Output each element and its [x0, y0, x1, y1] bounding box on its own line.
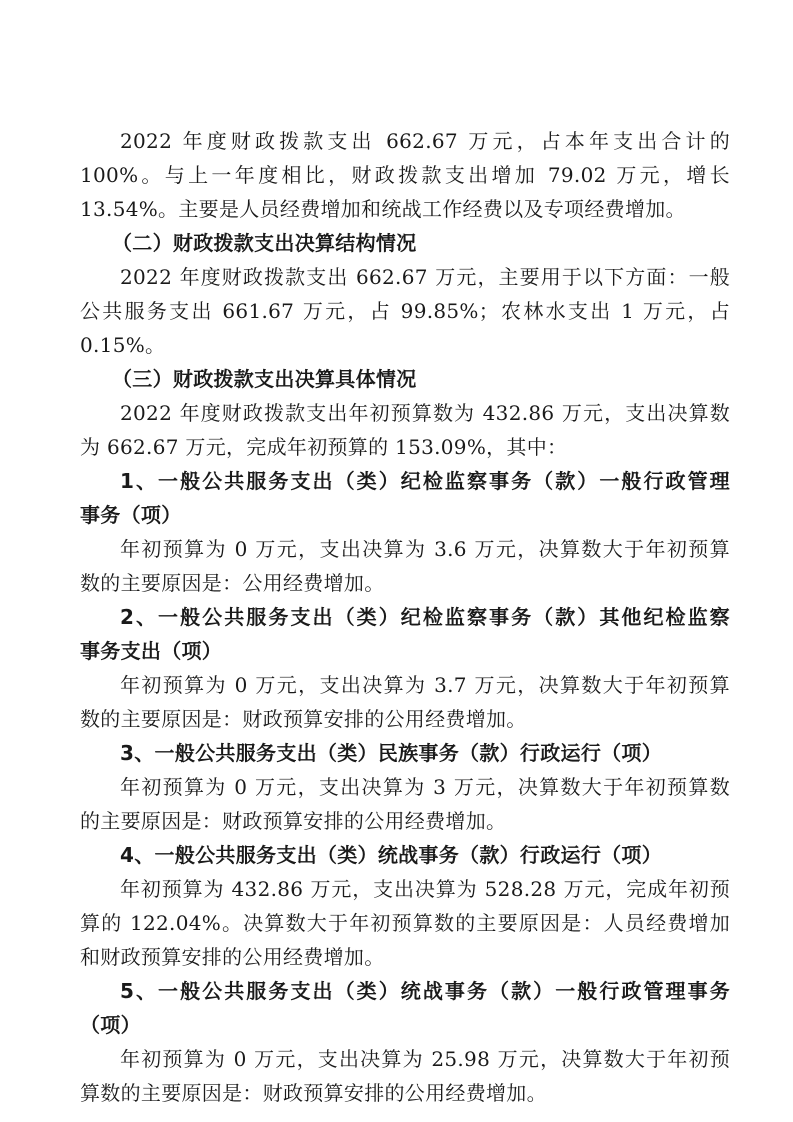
paragraph-text-line: 13.54%。主要是人员经费增加和统战工作经费以及专项经费增加。 — [80, 195, 730, 223]
section-heading-3: （三）财政拨款支出决算具体情况 — [112, 365, 762, 393]
item-heading-3: 3、一般公共服务支出（类）民族事务（款）行政运行（项） — [120, 739, 730, 767]
paragraph-text-line: 年初预算为 0 万元，支出决算为 3 万元，决算数大于年初预算数 — [120, 773, 730, 801]
paragraph-text-line: 数的主要原因是：公用经费增加。 — [80, 569, 730, 597]
paragraph-text-line: 年初预算为 0 万元，支出决算为 3.6 万元，决算数大于年初预算 — [120, 535, 730, 563]
item-heading-2-cont: 事务支出（项） — [80, 637, 730, 665]
paragraph-text-line: 2022 年度财政拨款支出 662.67 万元，占本年支出合计的 — [120, 127, 730, 155]
paragraph-text-line: 算的 122.04%。决算数大于年初预算数的主要原因是：人员经费增加 — [80, 909, 730, 937]
paragraph-text-line: 数的主要原因是：财政预算安排的公用经费增加。 — [80, 705, 730, 733]
item-heading-1: 1、一般公共服务支出（类）纪检监察事务（款）一般行政管理 — [120, 467, 730, 495]
section-heading-2: （二）财政拨款支出决算结构情况 — [112, 229, 762, 257]
paragraph-text-line: 算数的主要原因是：财政预算安排的公用经费增加。 — [80, 1079, 730, 1107]
paragraph-text-line: 公共服务支出 661.67 万元，占 99.85%；农林水支出 1 万元，占 — [80, 297, 730, 325]
item-heading-5-cont: （项） — [80, 1011, 730, 1039]
paragraph-text-line: 为 662.67 万元，完成年初预算的 153.09%，其中： — [80, 433, 730, 461]
item-heading-1-cont: 事务（项） — [80, 501, 730, 529]
document-page: 2022 年度财政拨款支出 662.67 万元，占本年支出合计的 100%。与上… — [0, 0, 793, 1122]
paragraph-text-line: 年初预算为 0 万元，支出决算为 3.7 万元，决算数大于年初预算 — [120, 671, 730, 699]
paragraph-text-line: 和财政预算安排的公用经费增加。 — [80, 943, 730, 971]
paragraph-text-line: 100%。与上一年度相比，财政拨款支出增加 79.02 万元，增长 — [80, 161, 730, 189]
paragraph-text-line: 年初预算为 432.86 万元，支出决算为 528.28 万元，完成年初预 — [120, 875, 730, 903]
item-heading-5: 5、一般公共服务支出（类）统战事务（款）一般行政管理事务 — [120, 977, 730, 1005]
paragraph-text-line: 年初预算为 0 万元，支出决算为 25.98 万元，决算数大于年初预 — [120, 1045, 730, 1073]
paragraph-text-line: 2022 年度财政拨款支出年初预算数为 432.86 万元，支出决算数 — [120, 399, 730, 427]
paragraph-text-line: 的主要原因是：财政预算安排的公用经费增加。 — [80, 807, 730, 835]
paragraph-text-line: 0.15%。 — [80, 331, 730, 359]
item-heading-4: 4、一般公共服务支出（类）统战事务（款）行政运行（项） — [120, 841, 730, 869]
item-heading-2: 2、一般公共服务支出（类）纪检监察事务（款）其他纪检监察 — [120, 603, 730, 631]
paragraph-text-line: 2022 年度财政拨款支出 662.67 万元，主要用于以下方面：一般 — [120, 263, 730, 291]
